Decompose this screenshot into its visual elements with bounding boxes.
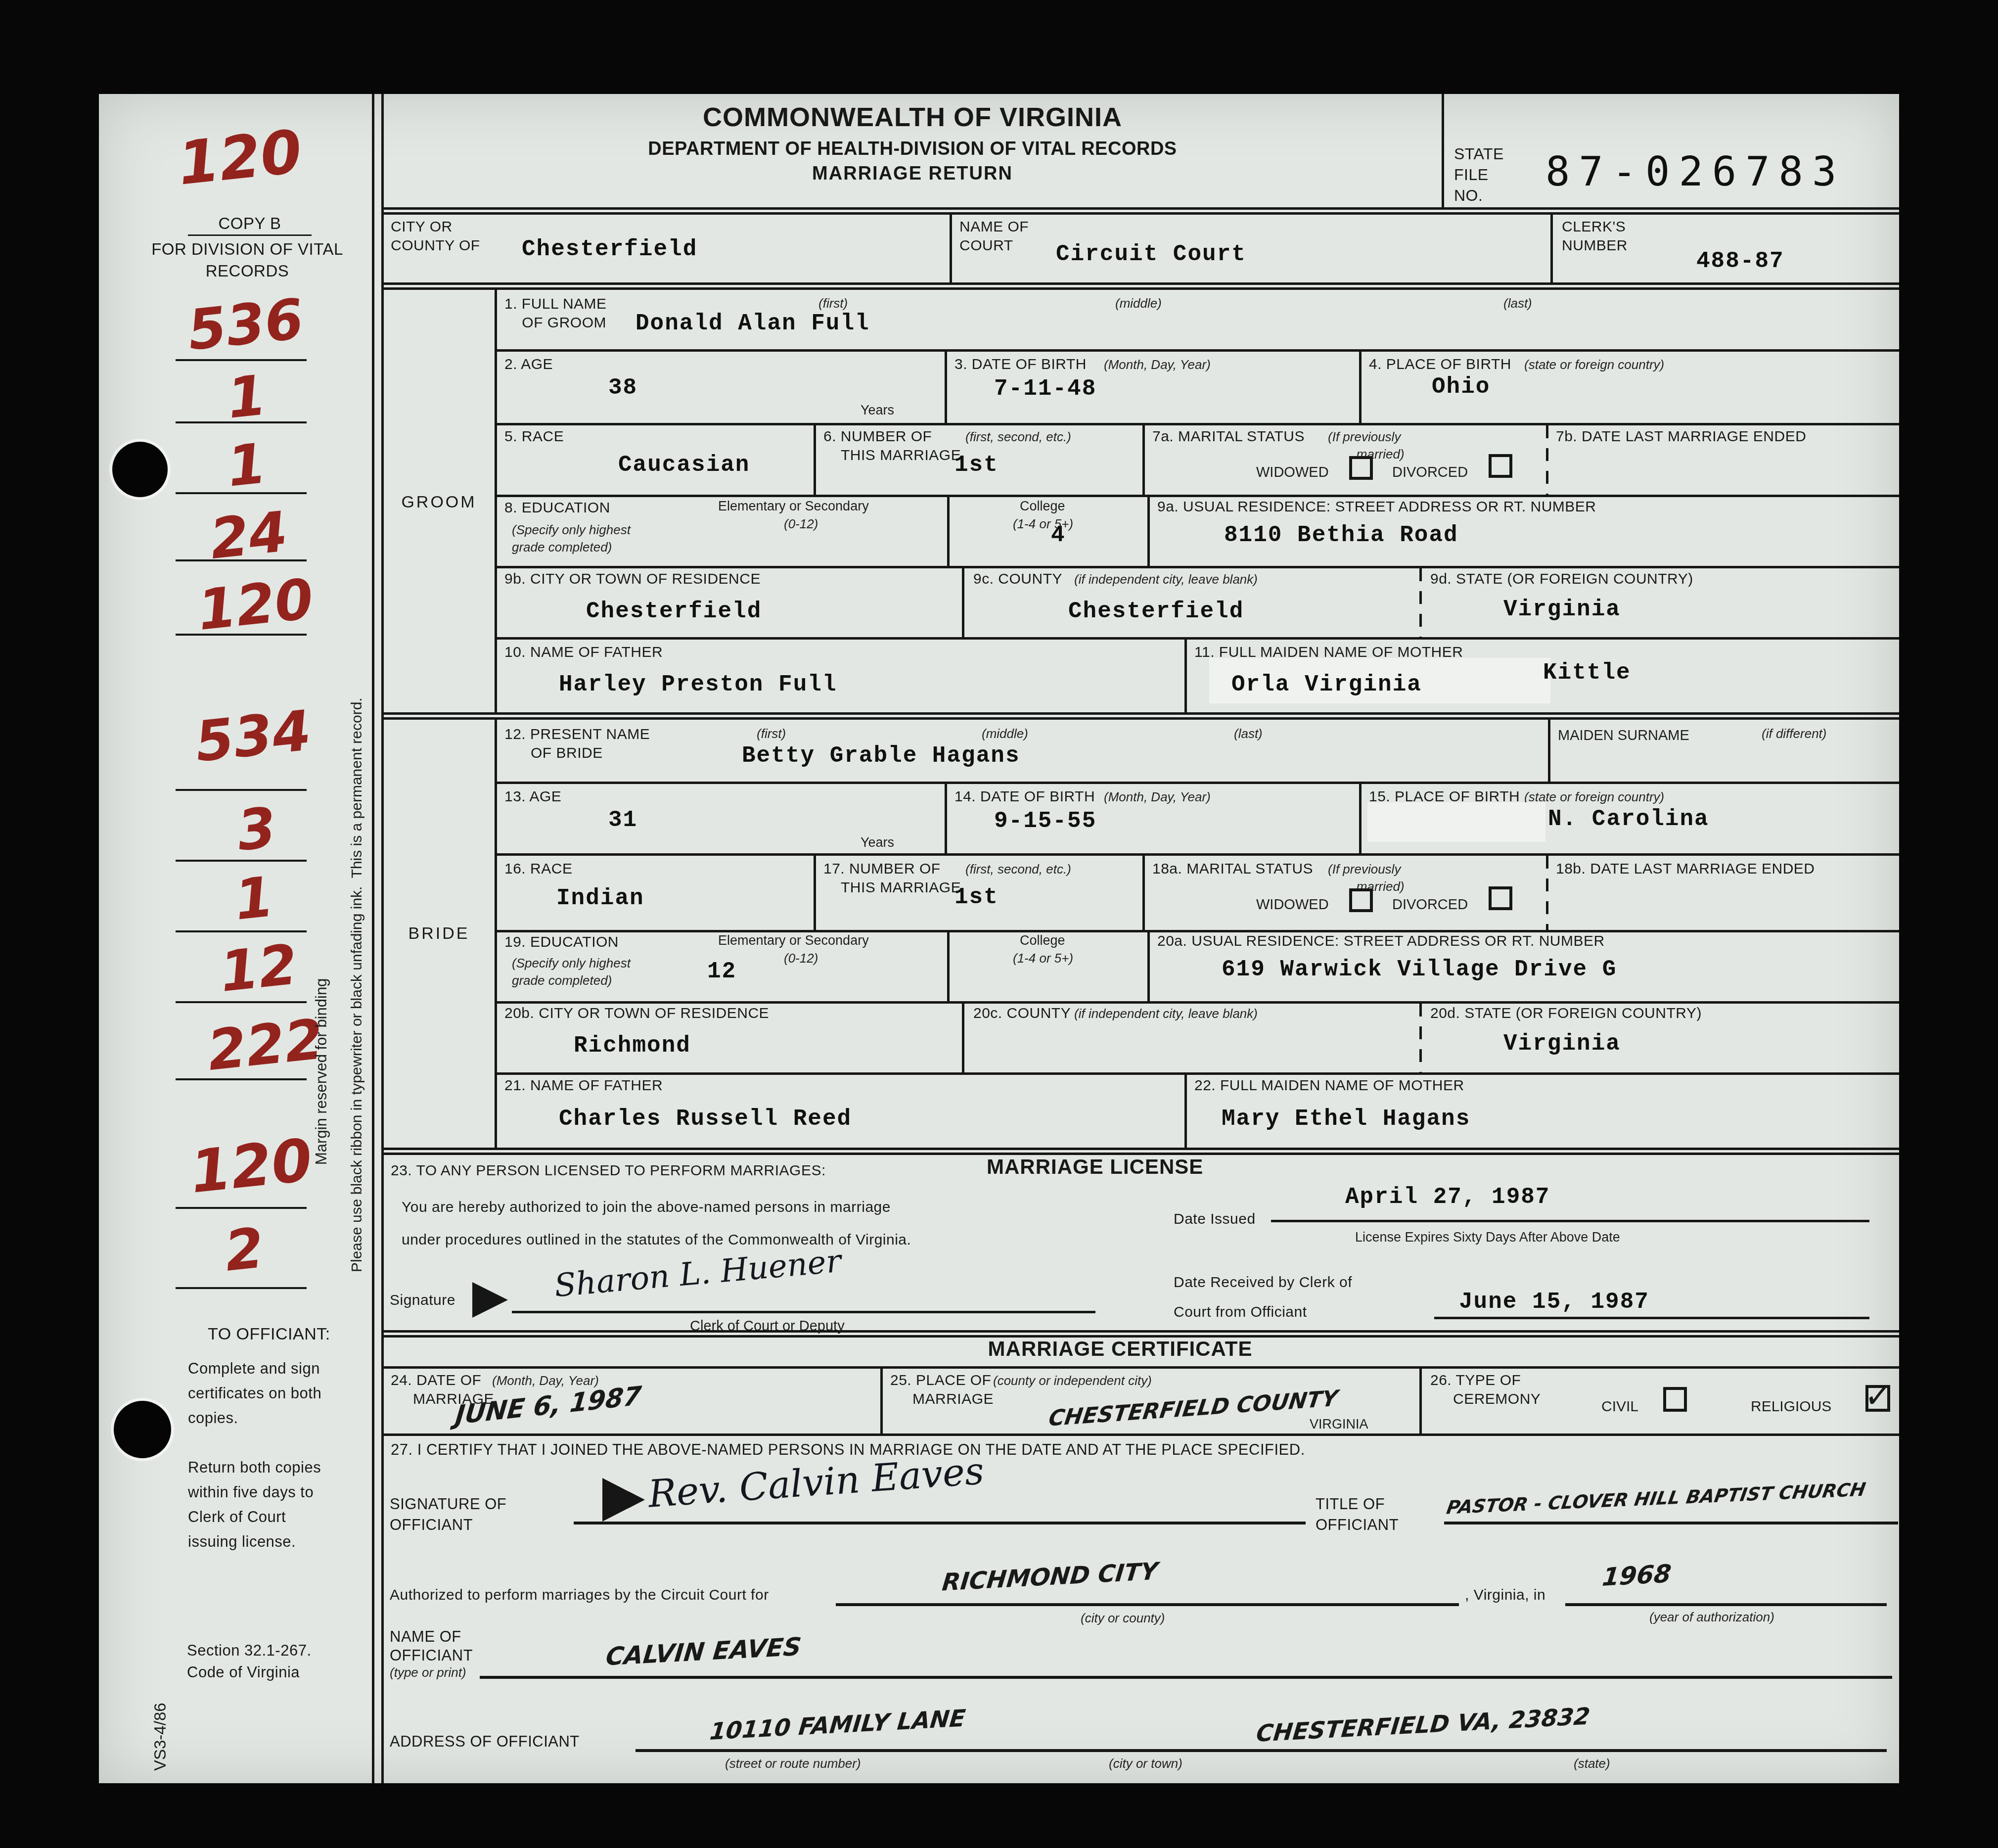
officiant-title-line: [1444, 1522, 1898, 1525]
bride-education-col1-hint: (0-12): [784, 950, 818, 967]
date-issued-value: April 27, 1987: [1345, 1184, 1550, 1210]
groom-education-col1-hint: (0-12): [784, 515, 818, 533]
bride-section-label: BRIDE: [383, 924, 495, 943]
bride-age-value: 31: [608, 807, 637, 833]
groom-pob-label: 4. PLACE OF BIRTH: [1369, 355, 1511, 374]
vrule: [962, 568, 964, 640]
authorized-place-line: [836, 1603, 1459, 1606]
clerk-signature-label: Signature: [390, 1291, 455, 1310]
groom-hint-last: (last): [1503, 295, 1532, 312]
clerk-signature-caption: Clerk of Court or Deputy: [690, 1318, 845, 1335]
religious-checkbox: ✓: [1865, 1385, 1890, 1412]
groom-section-label: GROOM: [383, 493, 495, 511]
groom-residence-label: 9a. USUAL RESIDENCE: STREET ADDRESS OR R…: [1157, 498, 1596, 516]
bride-last-marriage-ended-label: 18b. DATE LAST MARRIAGE ENDED: [1556, 860, 1815, 878]
groom-fullname-label: 1. FULL NAME OF GROOM: [504, 295, 607, 332]
vrule: [1359, 352, 1362, 425]
bride-marriage-number-label2: THIS MARRIAGE: [841, 878, 961, 897]
to-officiant-heading: TO OFFICIANT:: [208, 1325, 330, 1343]
signature-arrow-icon: [472, 1282, 508, 1318]
groom-city-label: 9b. CITY OR TOWN OF RESIDENCE: [504, 570, 761, 589]
groom-mother-value: Orla Virginia: [1231, 672, 1422, 697]
margin-line: [176, 421, 307, 423]
date-received-label1: Date Received by Clerk of: [1174, 1273, 1352, 1292]
certify-statement: 27. I CERTIFY THAT I JOINED THE ABOVE-NA…: [391, 1440, 1305, 1459]
margin-line: [176, 1287, 307, 1289]
ceremony-type-label2: CEREMONY: [1453, 1390, 1541, 1409]
groom-hint-middle: (middle): [1115, 295, 1162, 312]
officiant-name-line: [480, 1676, 1892, 1679]
margin-line: [176, 930, 307, 932]
bride-residence-label: 20a. USUAL RESIDENCE: STREET ADDRESS OR …: [1157, 932, 1605, 951]
groom-pob-hint: (state or foreign country): [1524, 356, 1664, 373]
date-received-label2: Court from Officiant: [1174, 1303, 1307, 1322]
marriage-place-label2: MARRIAGE: [912, 1390, 994, 1409]
bride-state-label: 20d. STATE (OR FOREIGN COUNTRY): [1430, 1004, 1702, 1023]
margin-number: 12: [217, 932, 301, 1005]
state-file-number: 87-026783: [1545, 148, 1845, 195]
groom-county-label: 9c. COUNTY: [973, 570, 1062, 589]
bride-hint-last: (last): [1234, 725, 1263, 742]
margin-line: [176, 634, 307, 636]
vrule: [1184, 1075, 1187, 1150]
bride-marital-status-label: 18a. MARITAL STATUS: [1152, 860, 1313, 878]
groom-marriage-number-value: 1st: [954, 452, 999, 478]
groom-education-hint: (Specify only highest grade completed): [512, 521, 631, 556]
vrule: [495, 290, 497, 715]
authorized-year-value: 1968: [1601, 1559, 1673, 1592]
groom-residence-value: 8110 Bethia Road: [1224, 522, 1458, 548]
vrule-dashed: [1419, 568, 1422, 640]
vrule-dashed: [1546, 856, 1548, 932]
officiant-signature-line: [574, 1522, 1306, 1525]
religious-label: RELIGIOUS: [1751, 1398, 1831, 1415]
court-name-value: Circuit Court: [1056, 241, 1246, 267]
margin-line: [176, 1001, 307, 1003]
date-received-value: June 15, 1987: [1459, 1289, 1649, 1315]
vrule: [945, 352, 947, 425]
groom-education-col2-label: College: [1020, 498, 1065, 515]
margin-number: 536: [185, 287, 307, 363]
groom-county-hint: (if independent city, leave blank): [1074, 571, 1258, 588]
bride-education-col1-label: Elementary or Secondary: [718, 932, 869, 949]
punch-hole-bottom: [114, 1401, 171, 1458]
groom-county-value: Chesterfield: [1068, 599, 1244, 624]
form-border-outer: [372, 94, 374, 1783]
groom-marriage-number-hint: (first, second, etc.): [965, 428, 1071, 446]
bride-city-value: Richmond: [574, 1033, 691, 1059]
groom-father-label: 10. NAME OF FATHER: [504, 643, 663, 662]
margin-line: [176, 1078, 307, 1080]
clerk-signature-line: [512, 1311, 1095, 1313]
margin-line: [176, 1207, 307, 1209]
margin-line: [176, 492, 307, 494]
bride-race-value: Indian: [556, 885, 644, 911]
bride-widowed-label: WIDOWED: [1256, 896, 1329, 914]
hrule: [495, 1001, 1899, 1004]
groom-education-label: 8. EDUCATION: [504, 499, 610, 517]
officiant-address-label: ADDRESS OF OFFICIANT: [390, 1732, 580, 1751]
marriage-place-hint: (county or independent city): [993, 1372, 1152, 1389]
bride-mother-label: 22. FULL MAIDEN NAME OF MOTHER: [1194, 1076, 1464, 1095]
margin-line: [176, 789, 307, 791]
authorized-year-line: [1565, 1603, 1887, 1606]
vrule-dashed: [1419, 1004, 1422, 1075]
officiant-name-label3: (type or print): [390, 1664, 466, 1681]
hrule: [495, 349, 1899, 352]
license-addressee-label: 23. TO ANY PERSON LICENSED TO PERFORM MA…: [391, 1161, 826, 1180]
bride-residence-value: 619 Warwick Village Drive G: [1222, 957, 1617, 982]
groom-education-col1-label: Elementary or Secondary: [718, 498, 869, 515]
groom-dob-value: 7-11-48: [994, 376, 1096, 402]
authorized-place-hint: (city or county): [1081, 1610, 1165, 1627]
license-expires-note: License Expires Sixty Days After Above D…: [1355, 1229, 1620, 1246]
groom-marriage-number-label: 6. NUMBER OF: [823, 427, 932, 446]
whiteout-correction: [1367, 802, 1545, 842]
bride-dob-label: 14. DATE OF BIRTH: [954, 787, 1095, 806]
margin-number: 120: [187, 1126, 315, 1206]
clerk-number-value: 488-87: [1696, 248, 1784, 274]
city-county-value: Chesterfield: [522, 236, 697, 262]
officiant-address-street-hint: (street or route number): [725, 1755, 861, 1772]
margin-number: 1: [224, 431, 269, 499]
vrule: [1142, 856, 1145, 932]
groom-years-label: Years: [861, 402, 894, 419]
punch-hole-top: [112, 442, 168, 497]
groom-last-marriage-ended-label: 7b. DATE LAST MARRIAGE ENDED: [1556, 427, 1806, 446]
bride-father-value: Charles Russell Reed: [559, 1106, 852, 1132]
groom-father-value: Harley Preston Full: [559, 672, 837, 697]
bride-city-label: 20b. CITY OR TOWN OF RESIDENCE: [504, 1004, 769, 1023]
groom-mother-surname-value: Kittle: [1543, 660, 1631, 686]
hrule: [495, 853, 1899, 856]
vrule: [1550, 212, 1553, 285]
bride-race-label: 16. RACE: [504, 860, 572, 878]
vrule: [1184, 640, 1187, 715]
hrule: [383, 717, 1899, 720]
vrule: [1548, 720, 1550, 784]
officiant-name-label2: OFFICIANT: [390, 1646, 473, 1665]
date-received-line: [1434, 1317, 1869, 1319]
margin-number: 2: [222, 1216, 267, 1284]
groom-pob-value: Ohio: [1432, 374, 1490, 400]
bride-divorced-checkbox: [1489, 886, 1512, 910]
copy-label: COPY B: [188, 214, 312, 236]
hrule: [495, 423, 1899, 425]
groom-widowed-label: WIDOWED: [1256, 464, 1329, 481]
bride-dob-hint: (Month, Day, Year): [1104, 788, 1211, 806]
groom-education-college-value: 4: [1051, 522, 1066, 548]
groom-race-label: 5. RACE: [504, 427, 564, 446]
hrule: [383, 1330, 1899, 1333]
groom-race-value: Caucasian: [618, 452, 750, 478]
margin-number: 222: [205, 1007, 326, 1083]
clerk-number-label: CLERK'S NUMBER: [1562, 218, 1628, 255]
binding-margin-note: Margin reserved for binding: [313, 978, 330, 1165]
groom-divorced-checkbox: [1489, 454, 1512, 478]
officiant-name-label1: NAME OF: [390, 1627, 461, 1646]
bride-hint-middle: (middle): [982, 725, 1028, 742]
vrule: [947, 932, 950, 1004]
hrule: [495, 782, 1899, 784]
officiant-title-label1: TITLE OF: [1316, 1495, 1385, 1514]
margin-number: 120: [195, 567, 317, 643]
officiant-signature-arrow-icon: [602, 1478, 645, 1522]
vrule: [880, 1369, 883, 1436]
vrule: [814, 425, 816, 497]
bride-dob-value: 9-15-55: [994, 808, 1096, 834]
vrule: [1147, 932, 1150, 1004]
hrule: [495, 637, 1899, 640]
officiant-address-city-hint: (city or town): [1109, 1755, 1182, 1772]
vrule: [1419, 1369, 1422, 1436]
margin-line: [176, 359, 307, 361]
bride-name-value: Betty Grable Hagans: [742, 743, 1020, 769]
margin-line: [176, 860, 307, 862]
margin-number: 3: [234, 795, 279, 863]
groom-divorced-label: DIVORCED: [1392, 464, 1468, 481]
bride-education-hint: (Specify only highest grade completed): [512, 955, 631, 989]
hrule: [383, 287, 1899, 290]
groom-state-label: 9d. STATE (OR FOREIGN COUNTRY): [1430, 570, 1693, 589]
license-authorization-line1: You are hereby authorized to join the ab…: [402, 1198, 891, 1217]
date-issued-line: [1271, 1220, 1869, 1222]
civil-label: CIVIL: [1601, 1398, 1638, 1415]
vrule: [814, 856, 816, 932]
court-name-label: NAME OF COURT: [959, 218, 1029, 255]
groom-dob-label: 3. DATE OF BIRTH: [954, 355, 1087, 374]
vrule: [1359, 784, 1362, 856]
bride-marriage-number-hint: (first, second, etc.): [965, 861, 1071, 878]
form-code: VS3-4/86: [151, 1703, 170, 1771]
document-subtitle: DEPARTMENT OF HEALTH-DIVISION OF VITAL R…: [383, 139, 1442, 158]
hrule: [383, 207, 1899, 210]
license-heading: MARRIAGE LICENSE: [987, 1157, 1203, 1176]
margin-number: 534: [192, 698, 314, 775]
margin-number: 1: [231, 865, 276, 932]
to-officiant-paragraph-2: Return both copies within five days to C…: [188, 1455, 321, 1554]
bride-education-label: 19. EDUCATION: [504, 933, 619, 952]
officiant-signature-label2: OFFICIANT: [390, 1516, 473, 1534]
form-name: MARRIAGE RETURN: [383, 164, 1442, 183]
groom-age-value: 38: [608, 375, 637, 401]
ceremony-type-label: 26. TYPE OF: [1430, 1371, 1521, 1390]
bride-mother-value: Mary Ethel Hagans: [1222, 1106, 1470, 1132]
groom-fullname-value: Donald Alan Full: [636, 311, 870, 336]
bride-name-label: 12. PRESENT NAME OF BRIDE: [504, 725, 650, 763]
bride-maiden-surname-label: MAIDEN SURNAME: [1558, 727, 1689, 744]
date-issued-label: Date Issued: [1174, 1210, 1256, 1229]
hrule: [495, 1072, 1899, 1075]
marriage-place-state: VIRGINIA: [1310, 1416, 1368, 1433]
bride-state-value: Virginia: [1503, 1031, 1621, 1057]
bride-county-hint: (if independent city, leave blank): [1074, 1005, 1258, 1022]
bride-education-elementary-value: 12: [707, 959, 736, 984]
city-county-label: CITY OR COUNTY OF: [391, 218, 480, 255]
hrule: [383, 1366, 1899, 1369]
vrule: [962, 1004, 964, 1075]
bride-county-label: 20c. COUNTY: [973, 1004, 1071, 1023]
vrule: [945, 784, 947, 856]
bride-father-label: 21. NAME OF FATHER: [504, 1076, 663, 1095]
bride-widowed-checkbox: [1349, 888, 1373, 912]
ribbon-note: Please use black ribbon in typewriter or…: [349, 697, 365, 1272]
vrule: [947, 497, 950, 568]
groom-age-label: 2. AGE: [504, 355, 553, 374]
vrule: [950, 212, 952, 285]
marriage-date-label: 24. DATE OF: [391, 1371, 481, 1390]
bride-education-col2-label: College: [1020, 932, 1065, 949]
groom-widowed-checkbox: [1349, 456, 1373, 480]
officiant-address-state-hint: (state): [1574, 1755, 1610, 1772]
vrule: [1147, 497, 1150, 568]
bride-divorced-label: DIVORCED: [1392, 896, 1468, 914]
marriage-place-label: 25. PLACE OF: [890, 1371, 991, 1390]
groom-hint-first: (first): [818, 295, 848, 312]
copy-for-label: FOR DIVISION OF VITAL RECORDS: [109, 238, 386, 282]
code-reference: Section 32.1-267. Code of Virginia: [187, 1640, 312, 1683]
authorized-year-hint: (year of authorization): [1649, 1609, 1774, 1626]
bride-age-label: 13. AGE: [504, 787, 561, 806]
hrule: [383, 1433, 1899, 1436]
bride-hint-first: (first): [757, 725, 786, 742]
bride-pob-value: N. Carolina: [1548, 806, 1709, 832]
bride-years-label: Years: [861, 834, 894, 851]
vrule: [1442, 94, 1444, 210]
groom-marriage-number-label2: THIS MARRIAGE: [841, 446, 961, 465]
groom-city-value: Chesterfield: [586, 599, 762, 624]
authorized-mid: , Virginia, in: [1465, 1586, 1545, 1605]
officiant-address-line: [636, 1749, 1887, 1752]
groom-state-value: Virginia: [1503, 597, 1621, 622]
vrule: [1142, 425, 1145, 497]
certificate-heading: MARRIAGE CERTIFICATE: [383, 1340, 1857, 1358]
officiant-signature-label1: SIGNATURE OF: [390, 1495, 506, 1514]
hrule: [495, 495, 1899, 497]
bride-education-col2-hint: (1-4 or 5+): [1013, 950, 1073, 967]
bride-marriage-number-label: 17. NUMBER OF: [823, 860, 941, 878]
groom-marital-status-label: 7a. MARITAL STATUS: [1152, 427, 1305, 446]
groom-dob-hint: (Month, Day, Year): [1104, 356, 1211, 373]
hrule: [383, 712, 1899, 715]
civil-checkbox: [1663, 1387, 1687, 1412]
authorized-prefix: Authorized to perform marriages by the C…: [390, 1586, 769, 1605]
bride-marriage-number-value: 1st: [954, 884, 999, 910]
document-title: COMMONWEALTH OF VIRGINIA: [383, 108, 1442, 127]
religious-mark: ✓: [1862, 1375, 1895, 1416]
officiant-title-label2: OFFICIANT: [1316, 1516, 1399, 1534]
hrule: [495, 566, 1899, 568]
margin-line: [176, 559, 307, 561]
hrule: [383, 212, 1899, 215]
vrule: [495, 720, 497, 1150]
bride-maiden-surname-hint: (if different): [1762, 725, 1827, 742]
vrule-dashed: [1546, 425, 1548, 497]
state-file-label: STATE FILE NO.: [1454, 143, 1504, 206]
document-paper: [99, 94, 1899, 1783]
hrule: [383, 1148, 1899, 1150]
scanned-marriage-return: { "margin": { "top_number": "120", "copy…: [0, 0, 1998, 1848]
margin-number-top: 120: [175, 117, 305, 198]
hrule: [383, 282, 1899, 285]
to-officiant-paragraph-1: Complete and sign certificates on both c…: [188, 1356, 321, 1431]
